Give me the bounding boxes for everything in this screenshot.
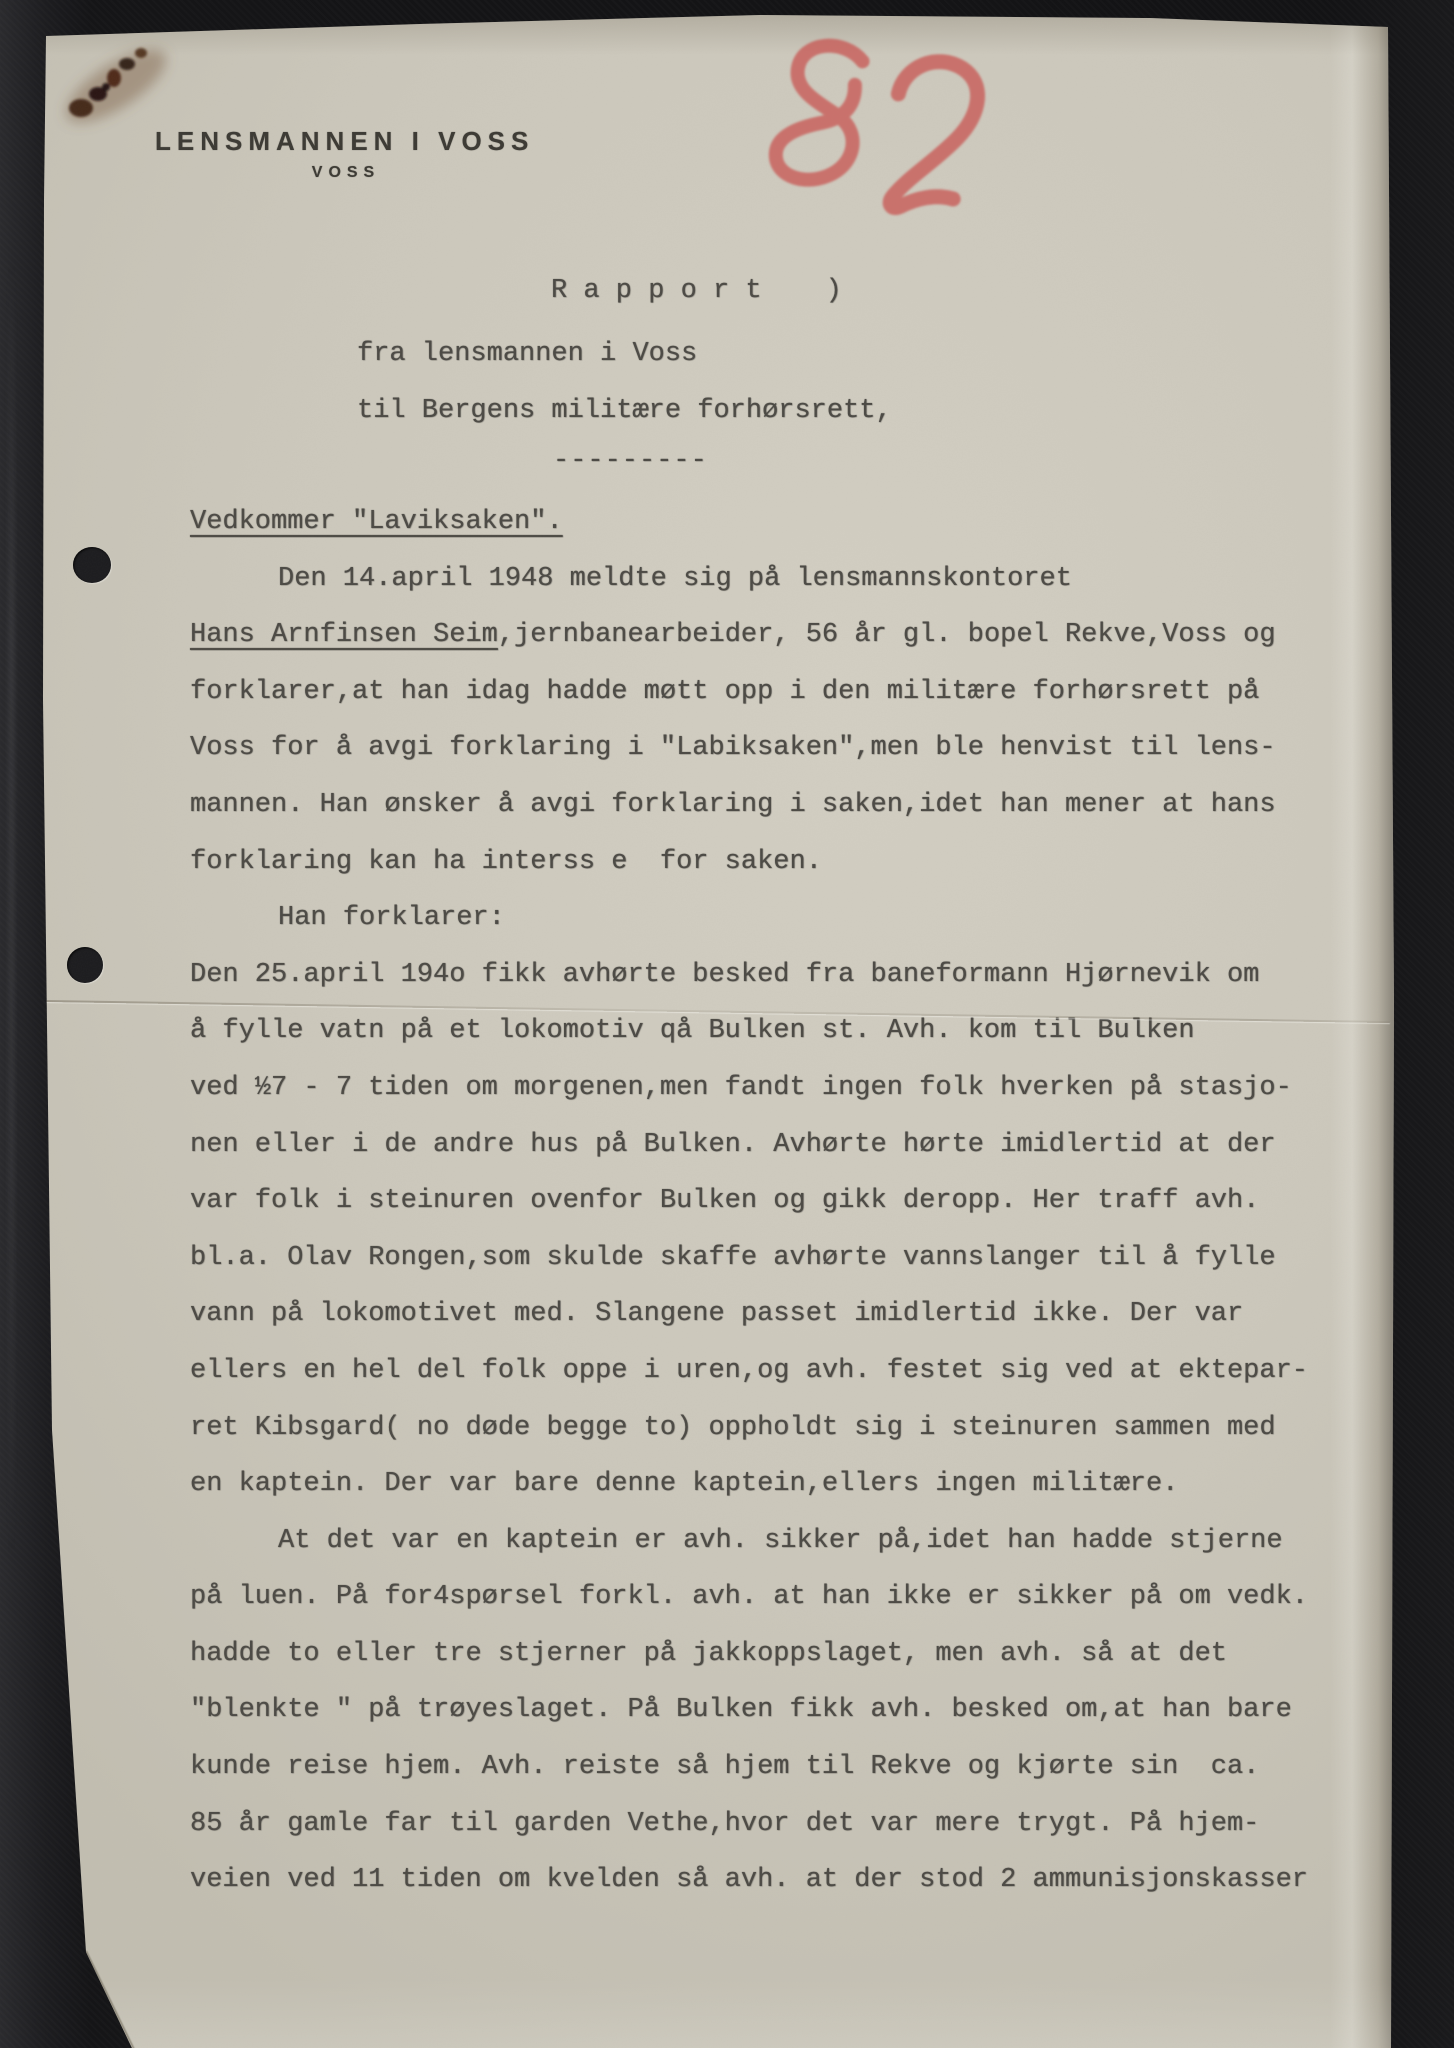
underlined-text: Hans Arnfinsen Seim <box>190 620 498 650</box>
typed-line: nen eller i de andre hus på Bulken. Avhø… <box>190 1117 1308 1174</box>
typed-text: Den 25.april 194o fikk avhørte besked fr… <box>190 960 1259 990</box>
typed-line: veien ved 11 tiden om kvelden så avh. at… <box>190 1852 1308 1909</box>
typed-text: mannen. Han ønsker å avgi forklaring i s… <box>190 790 1276 820</box>
typed-text: Voss for å avgi forklaring i "Labiksaken… <box>190 733 1276 763</box>
letterhead: LENSMANNEN I VOSS VOSS <box>155 126 537 182</box>
paper-fold-crease <box>85 1951 135 2048</box>
typed-line: hadde to eller tre stjerner på jakkoppsl… <box>190 1626 1308 1683</box>
typed-line: Han forklarer: <box>190 890 1308 947</box>
typed-text: var folk i steinuren ovenfor Bulken og g… <box>190 1186 1259 1216</box>
letterhead-title: LENSMANNEN I VOSS <box>155 126 537 157</box>
typed-line: ved ½7 - 7 tiden om morgenen,men fandt i… <box>190 1060 1308 1117</box>
typed-line: 85 år gamle far til garden Vethe,hvor de… <box>190 1796 1308 1853</box>
scanned-document-page: LENSMANNEN I VOSS VOSS R a p p o r t) fr… <box>0 0 1454 2048</box>
typed-text: At det var en kaptein er avh. sikker på,… <box>278 1526 1283 1556</box>
stain <box>48 26 188 136</box>
typed-line: "blenkte " på trøyeslaget. På Bulken fik… <box>190 1682 1308 1739</box>
report-to-line: til Bergens militære forhørsrett, <box>357 396 892 426</box>
typed-line: på luen. På for4spørsel forkl. avh. at h… <box>190 1569 1308 1626</box>
report-from-line: fra lensmannen i Voss <box>357 339 697 369</box>
digit-8-stroke <box>774 42 863 183</box>
typed-line: Den 14.april 1948 meldte sig på lensmann… <box>190 551 1308 608</box>
typed-text: hadde to eller tre stjerner på jakkoppsl… <box>190 1639 1227 1669</box>
typed-line: forklarer,at han idag hadde møtt opp i d… <box>190 664 1308 721</box>
typed-line: vann på lokomotivet med. Slangene passet… <box>190 1286 1308 1343</box>
typed-line: bl.a. Olav Rongen,som skulde skaffe avhø… <box>190 1230 1308 1287</box>
typed-text: å fylle vatn på et lokomotiv qå Bulken s… <box>190 1016 1195 1046</box>
typed-text: ellers en hel del folk oppe i uren,og av… <box>190 1356 1308 1386</box>
typed-line: ellers en hel del folk oppe i uren,og av… <box>190 1343 1308 1400</box>
punch-hole <box>67 947 103 983</box>
typed-line: en kaptein. Der var bare denne kaptein,e… <box>190 1456 1308 1513</box>
typed-line: At det var en kaptein er avh. sikker på,… <box>190 1513 1308 1570</box>
typed-line: Vedkommer "Laviksaken". <box>190 494 1308 551</box>
paper-sheet: LENSMANNEN I VOSS VOSS R a p p o r t) fr… <box>0 0 1454 2048</box>
report-title: R a p p o r t <box>551 276 762 306</box>
typed-text: Han forklarer: <box>278 903 505 933</box>
typed-text: "blenkte " på trøyeslaget. På Bulken fik… <box>190 1695 1292 1725</box>
typed-text: veien ved 11 tiden om kvelden så avh. at… <box>190 1865 1308 1895</box>
title-mark: ) <box>826 276 842 306</box>
typed-text: ved ½7 - 7 tiden om morgenen,men fandt i… <box>190 1073 1292 1103</box>
body-lines: Vedkommer "Laviksaken".Den 14.april 1948… <box>190 494 1308 1909</box>
typed-text: ret Kibsgard( no døde begge to) oppholdt… <box>190 1413 1276 1443</box>
typed-divider: --------- <box>553 446 708 476</box>
typed-text: 85 år gamle far til garden Vethe,hvor de… <box>190 1809 1259 1839</box>
typed-text: nen eller i de andre hus på Bulken. Avhø… <box>190 1130 1276 1160</box>
typed-text: på luen. På for4spørsel forkl. avh. at h… <box>190 1582 1308 1612</box>
typed-line: forklaring kan ha interss e for saken. <box>190 834 1308 891</box>
typed-line: Hans Arnfinsen Seim,jernbanearbeider, 56… <box>190 607 1308 664</box>
report-title-line: R a p p o r t) <box>551 276 842 306</box>
typed-line: kunde reise hjem. Avh. reiste så hjem ti… <box>190 1739 1308 1796</box>
typed-text: forklarer,at han idag hadde møtt opp i d… <box>190 677 1259 707</box>
letterhead-subtitle: VOSS <box>155 164 537 182</box>
digit-2-stroke <box>890 59 980 213</box>
typed-text: kunde reise hjem. Avh. reiste så hjem ti… <box>190 1752 1259 1782</box>
typed-text: en kaptein. Der var bare denne kaptein,e… <box>190 1469 1178 1499</box>
typed-text: vann på lokomotivet med. Slangene passet… <box>190 1299 1243 1329</box>
typed-line: Den 25.april 194o fikk avhørte besked fr… <box>190 947 1308 1004</box>
typed-text: Den 14.april 1948 meldte sig på lensmann… <box>278 564 1072 594</box>
typed-text: bl.a. Olav Rongen,som skulde skaffe avhø… <box>190 1243 1276 1273</box>
typed-text: forklaring kan ha interss e for saken. <box>190 847 822 877</box>
binder-texture <box>8 260 15 1560</box>
punch-hole <box>73 547 111 583</box>
typed-line: mannen. Han ønsker å avgi forklaring i s… <box>190 777 1308 834</box>
handwritten-page-number <box>693 10 1047 243</box>
typed-line: ret Kibsgard( no døde begge to) oppholdt… <box>190 1400 1308 1457</box>
typed-line: Voss for å avgi forklaring i "Labiksaken… <box>190 720 1308 777</box>
typed-line: var folk i steinuren ovenfor Bulken og g… <box>190 1173 1308 1230</box>
typed-text: ,jernbanearbeider, 56 år gl. bopel Rekve… <box>498 620 1276 650</box>
underlined-text: Vedkommer "Laviksaken". <box>190 507 563 537</box>
